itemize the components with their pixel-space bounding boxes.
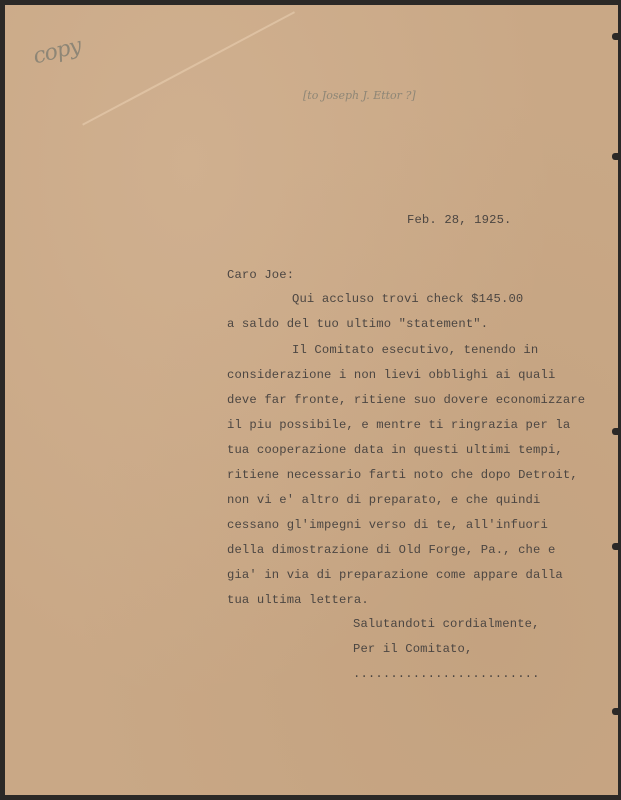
body-line: Qui accluso trovi check $145.00 — [292, 292, 523, 306]
body-line: gia' in via di preparazione come appare … — [227, 568, 563, 582]
scan-frame: copy [to Joseph J. Ettor ?] Feb. 28, 192… — [0, 0, 621, 800]
closing-line: Per il Comitato, — [353, 642, 472, 656]
recipient-annotation: [to Joseph J. Ettor ?] — [303, 89, 416, 102]
body-line: tua cooperazione data in questi ultimi t… — [227, 443, 563, 457]
letter-page: copy [to Joseph J. Ettor ?] Feb. 28, 192… — [5, 5, 618, 795]
edge-notch — [612, 708, 618, 715]
edge-notch — [612, 33, 618, 40]
salutation: Caro Joe: — [227, 268, 294, 282]
body-line: a saldo del tuo ultimo "statement". — [227, 317, 488, 331]
body-line: tua ultima lettera. — [227, 593, 369, 607]
body-line: ritiene necessario farti noto che dopo D… — [227, 468, 578, 482]
body-line: non vi e' altro di preparato, e che quin… — [227, 493, 540, 507]
letter-date: Feb. 28, 1925. — [407, 213, 512, 227]
body-line: considerazione i non lievi obblighi ai q… — [227, 368, 555, 382]
closing-line: Salutandoti cordialmente, — [353, 617, 540, 631]
edge-notch — [612, 428, 618, 435]
body-line: il piu possibile, e mentre ti ringrazia … — [227, 418, 570, 432]
body-line: deve far fronte, ritiene suo dovere econ… — [227, 393, 585, 407]
body-line: cessano gl'impegni verso di te, all'infu… — [227, 518, 548, 532]
body-line: Il Comitato esecutivo, tenendo in — [292, 343, 538, 357]
signature-line: ......................... — [353, 667, 540, 681]
edge-notch — [612, 153, 618, 160]
paper-crease — [82, 11, 295, 125]
copy-annotation: copy — [31, 34, 84, 70]
edge-notch — [612, 543, 618, 550]
body-line: della dimostrazione di Old Forge, Pa., c… — [227, 543, 555, 557]
